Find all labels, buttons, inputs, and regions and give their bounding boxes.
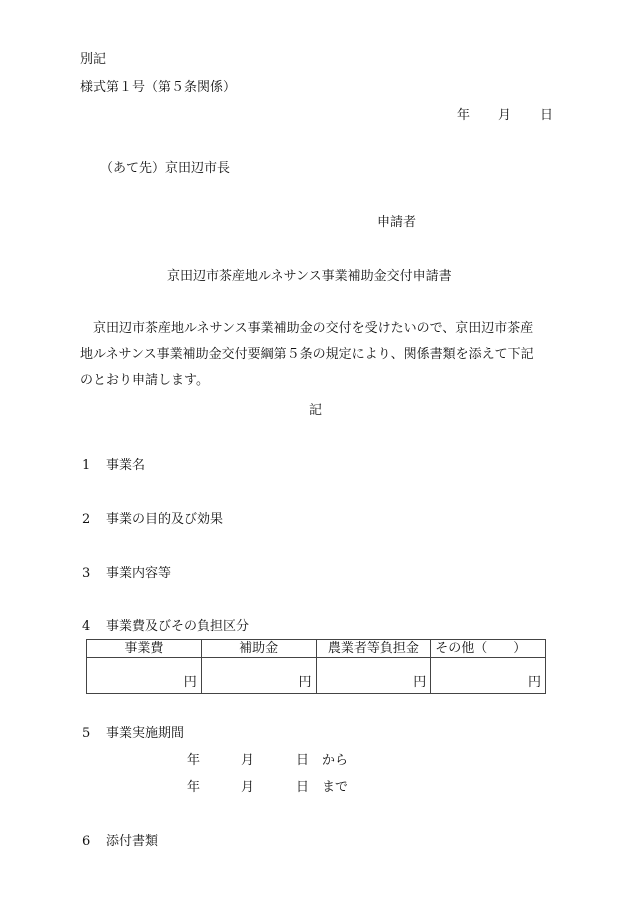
farmer-share-cell[interactable]: 円 bbox=[316, 658, 431, 694]
item-2-number: 2 bbox=[82, 512, 90, 528]
body-line: 京田辺市茶産地ルネサンス事業補助金の交付を受けたいので、京田辺市茶産 bbox=[80, 316, 550, 342]
item-6-number: 6 bbox=[82, 834, 90, 850]
period-to-month: 月 bbox=[241, 780, 254, 796]
item-5-number: 5 bbox=[82, 726, 90, 742]
project-cost-cell[interactable]: 円 bbox=[87, 658, 202, 694]
item-3-number: 3 bbox=[82, 566, 90, 582]
date-year: 年 bbox=[457, 108, 470, 124]
other-cell[interactable]: 円 bbox=[431, 658, 546, 694]
item-1-number: 1 bbox=[82, 458, 90, 474]
item-2-label: 事業の目的及び効果 bbox=[106, 512, 223, 528]
header-farmer-share: 農業者等負担金 bbox=[316, 640, 431, 658]
form-number: 様式第１号（第５条関係） bbox=[80, 80, 236, 96]
period-to-suffix: まで bbox=[322, 780, 348, 796]
item-3-label: 事業内容等 bbox=[106, 566, 171, 582]
appendix-label: 別記 bbox=[80, 52, 106, 68]
date-month: 月 bbox=[498, 108, 511, 124]
period-from-year: 年 bbox=[187, 753, 200, 769]
applicant-label: 申請者 bbox=[377, 215, 416, 231]
body-line: 地ルネサンス事業補助金交付要綱第５条の規定により、関係書類を添えて下記 bbox=[80, 342, 550, 368]
period-from-month: 月 bbox=[241, 753, 254, 769]
body-line: のとおり申請します。 bbox=[80, 368, 550, 394]
cost-table: 事業費 補助金 農業者等負担金 その他（ ） 円 円 円 円 bbox=[86, 639, 546, 694]
item-5-label: 事業実施期間 bbox=[106, 726, 184, 742]
item-4-number: 4 bbox=[82, 619, 90, 635]
ki-label: 記 bbox=[309, 403, 322, 419]
date-day: 日 bbox=[540, 108, 553, 124]
item-4-label: 事業費及びその負担区分 bbox=[106, 619, 249, 635]
cost-table-row: 円 円 円 円 bbox=[87, 658, 546, 694]
addressee: （あて先）京田辺市長 bbox=[100, 161, 230, 177]
period-from-suffix: から bbox=[322, 753, 348, 769]
header-subsidy: 補助金 bbox=[201, 640, 316, 658]
period-to-day: 日 bbox=[296, 780, 309, 796]
header-project-cost: 事業費 bbox=[87, 640, 202, 658]
body-paragraph: 京田辺市茶産地ルネサンス事業補助金の交付を受けたいので、京田辺市茶産 地ルネサン… bbox=[80, 316, 550, 394]
period-to-year: 年 bbox=[187, 780, 200, 796]
subsidy-cell[interactable]: 円 bbox=[201, 658, 316, 694]
document-title: 京田辺市茶産地ルネサンス事業補助金交付申請書 bbox=[167, 269, 452, 285]
cost-table-header-row: 事業費 補助金 農業者等負担金 その他（ ） bbox=[87, 640, 546, 658]
period-from-day: 日 bbox=[296, 753, 309, 769]
header-other: その他（ ） bbox=[431, 640, 546, 658]
item-6-label: 添付書類 bbox=[106, 834, 158, 850]
item-1-label: 事業名 bbox=[106, 458, 145, 474]
